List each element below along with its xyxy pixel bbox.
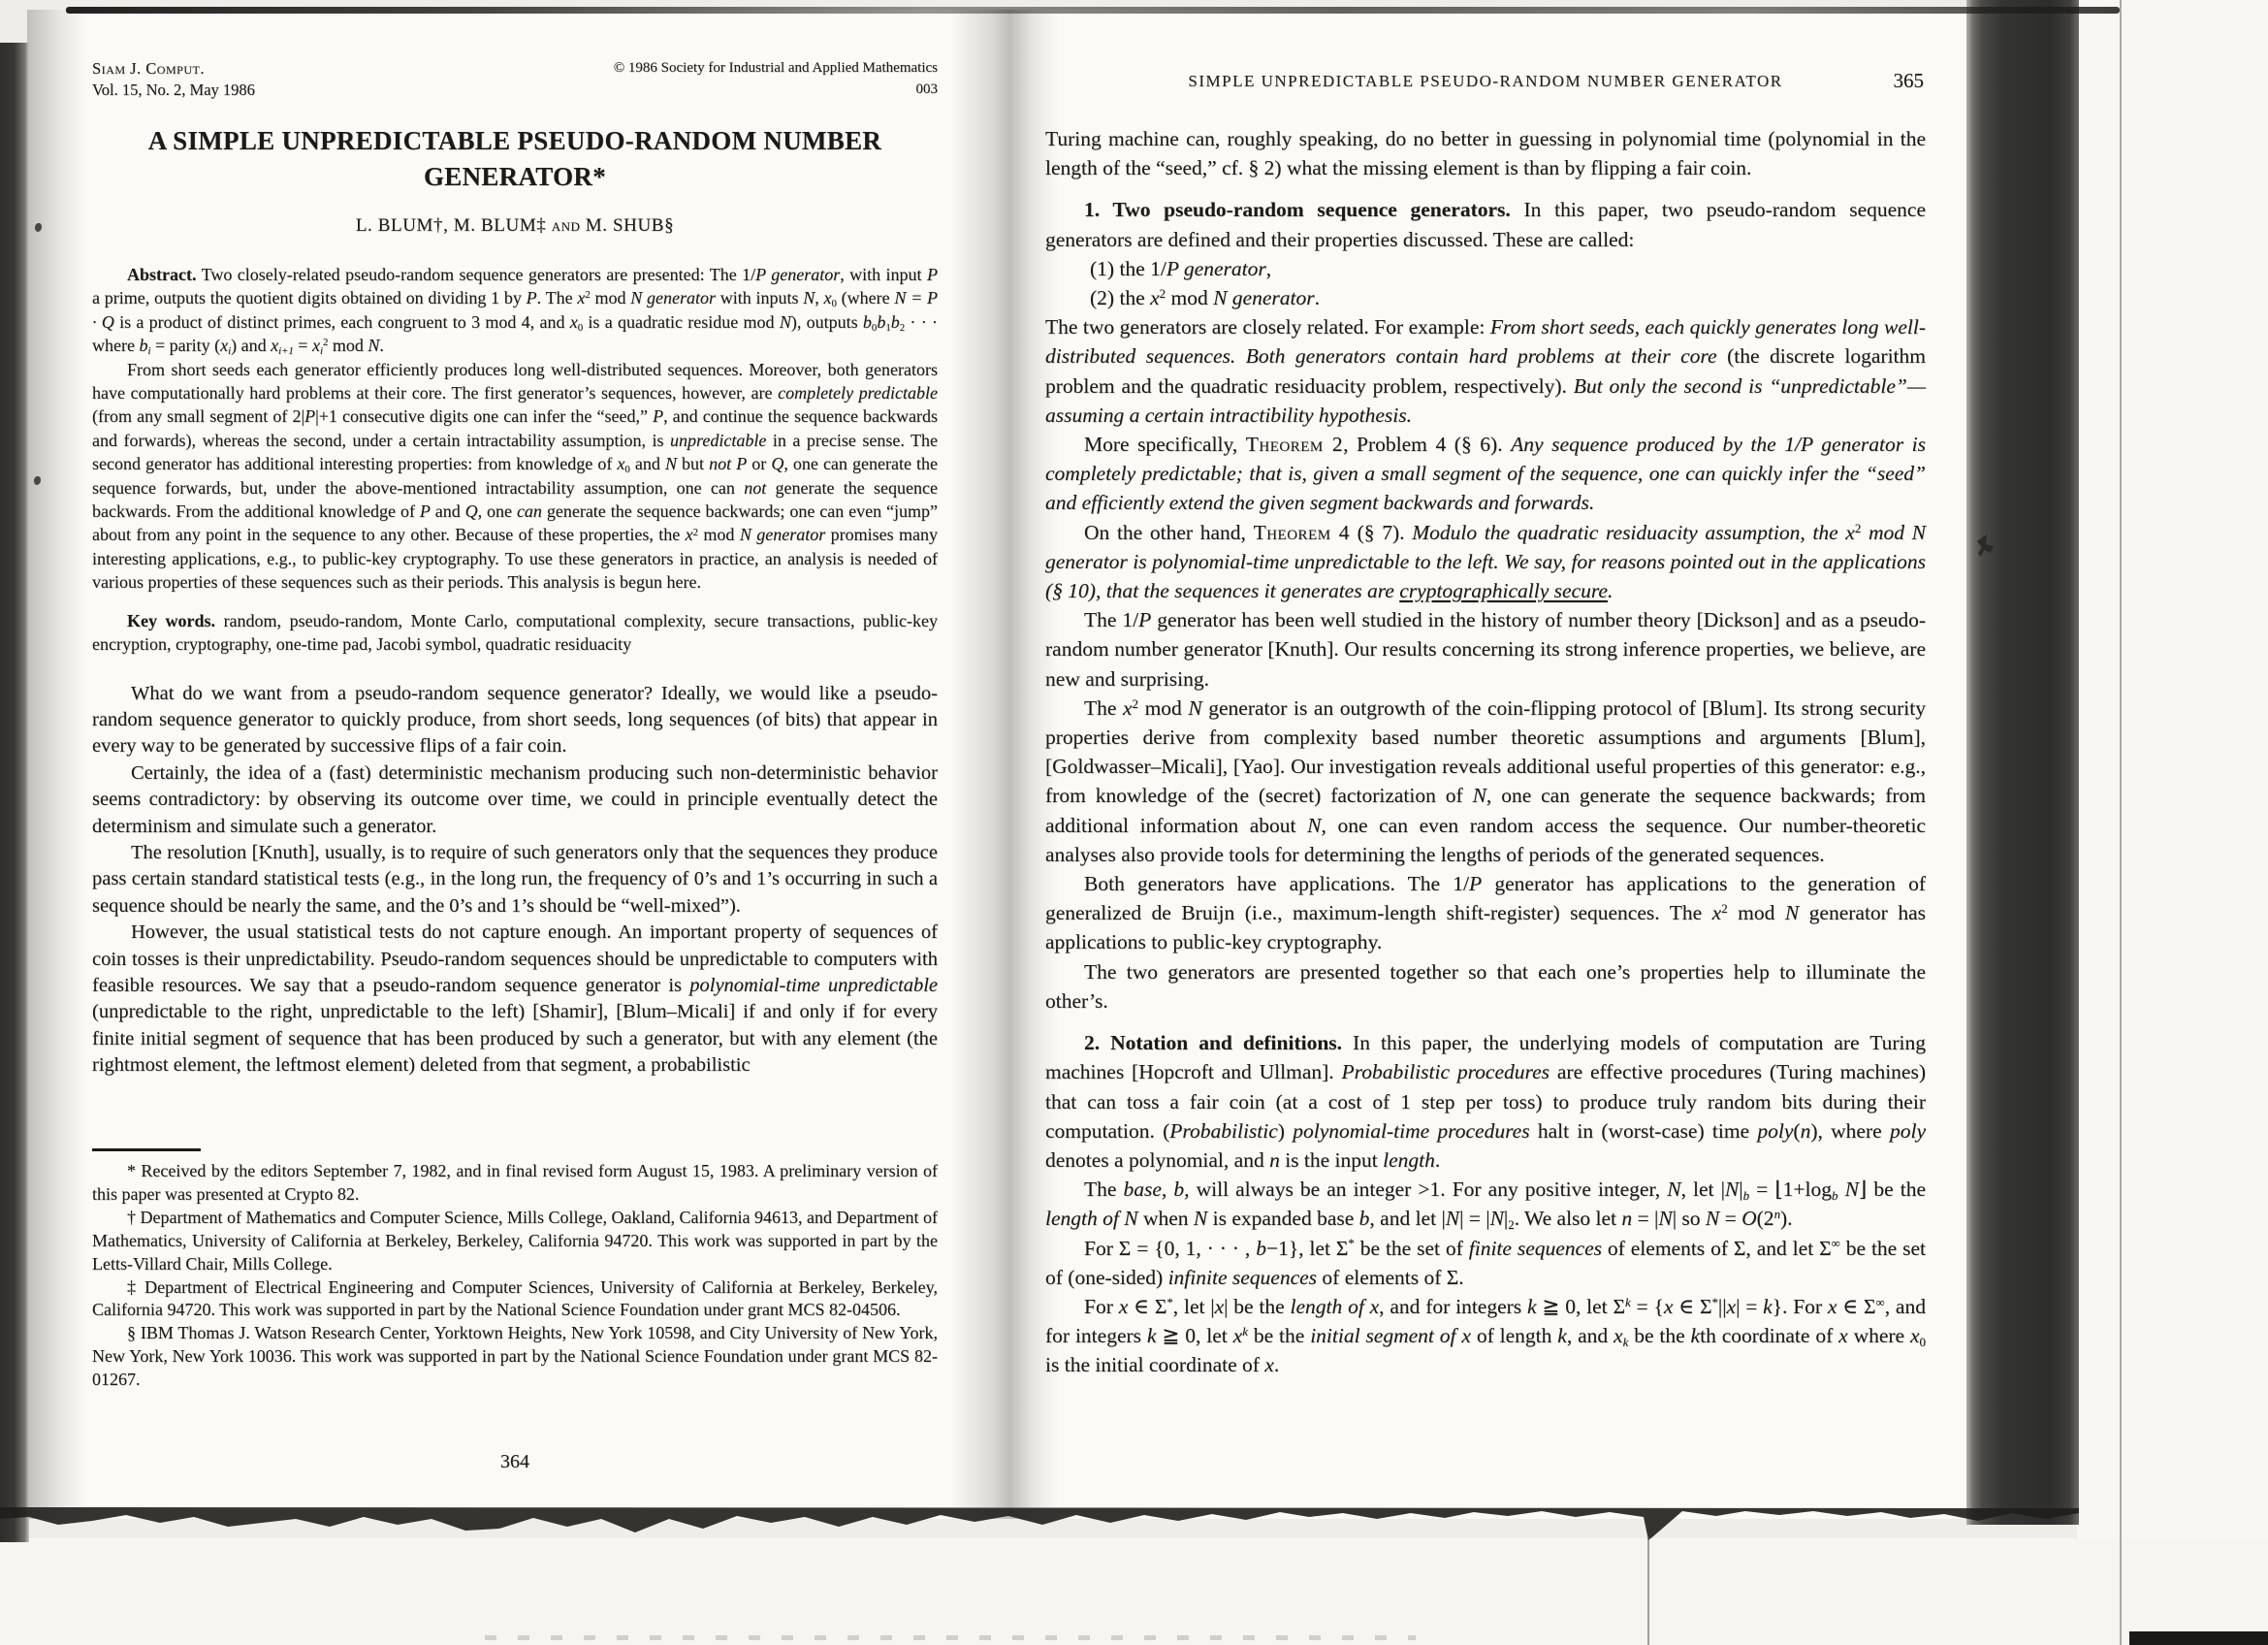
left-page-content: Siam J. Comput. Vol. 15, No. 2, May 1986…: [92, 58, 938, 1080]
footnote-affiliation-2: ‡ Department of Electrical Engineering a…: [92, 1276, 938, 1323]
body-paragraph-3: The resolution [Knuth], usually, is to r…: [92, 840, 938, 919]
section-1-paragraph-6: Both generators have applications. The 1…: [1045, 869, 1926, 957]
scanner-right-margin: [2077, 0, 2268, 1645]
scanner-bottom-margin: [0, 1538, 2268, 1645]
section-2-paragraph-1: The base, b, will always be an integer >…: [1045, 1175, 1926, 1233]
section-1-paragraph-1: The two generators are closely related. …: [1045, 312, 1926, 430]
footnote-rule: [92, 1148, 201, 1151]
scan-artifact-cursor: [1976, 534, 1996, 558]
section-2-heading-paragraph: 2. Notation and definitions. In this pap…: [1045, 1028, 1926, 1175]
abstract-paragraph-2: From short seeds each generator efficien…: [92, 358, 938, 595]
section-1-paragraph-7: The two generators are presented togethe…: [1045, 957, 1926, 1016]
footnote-affiliation-1: † Department of Mathematics and Computer…: [92, 1207, 938, 1276]
scanned-journal-spread: Siam J. Comput. Vol. 15, No. 2, May 1986…: [0, 0, 2268, 1645]
footnotes-block: * Received by the editors September 7, 1…: [92, 1148, 938, 1392]
copyright-line: © 1986 Society for Industrial and Applie…: [614, 58, 938, 80]
copyright-info: © 1986 Society for Industrial and Applie…: [614, 58, 938, 100]
right-page-number: 365: [1894, 69, 1925, 93]
paper-title: A SIMPLE UNPREDICTABLE PSEUDO-RANDOM NUM…: [92, 123, 938, 195]
right-page-content: SIMPLE UNPREDICTABLE PSEUDO-RANDOM NUMBE…: [1045, 72, 1926, 1380]
section-1-paragraph-2: More specifically, Theorem 2, Problem 4 …: [1045, 430, 1926, 518]
body-paragraph-4: However, the usual statistical tests do …: [92, 919, 938, 1079]
section-1-paragraph-3: On the other hand, Theorem 4 (§ 7). Modu…: [1045, 518, 1926, 606]
journal-volume: Vol. 15, No. 2, May 1986: [92, 80, 255, 101]
right-page-header: SIMPLE UNPREDICTABLE PSEUDO-RANDOM NUMBE…: [1045, 72, 1926, 97]
paper-title-line-2: GENERATOR*: [92, 159, 938, 195]
list-item-1: (1) the 1/P generator,: [1090, 254, 1926, 283]
body-paragraph-1: What do we want from a pseudo-random seq…: [92, 681, 938, 760]
book-gutter-shadow: [950, 10, 1059, 1519]
article-number: 003: [614, 80, 938, 101]
section-1-paragraph-4: The 1/P generator has been well studied …: [1045, 605, 1926, 693]
paper-crease-line: [1647, 1536, 1649, 1645]
continuation-paragraph: Turing machine can, roughly speaking, do…: [1045, 124, 1926, 182]
left-page-number: 364: [92, 1451, 938, 1473]
running-head: SIMPLE UNPREDICTABLE PSEUDO-RANDOM NUMBE…: [1045, 72, 1926, 91]
abstract-paragraph-1: Abstract. Two closely-related pseudo-ran…: [92, 263, 938, 358]
section-2-paragraph-3: For x ∈ Σ*, let |x| be the length of x, …: [1045, 1292, 1926, 1380]
footnote-received: * Received by the editors September 7, 1…: [92, 1160, 938, 1207]
page-top-edge-line: [66, 7, 2120, 14]
section-1-heading-paragraph: 1. Two pseudo-random sequence generators…: [1045, 195, 1926, 253]
journal-name: Siam J. Comput.: [92, 58, 255, 80]
journal-info: Siam J. Comput. Vol. 15, No. 2, May 1986: [92, 58, 255, 100]
paper-title-line-1: A SIMPLE UNPREDICTABLE PSEUDO-RANDOM NUM…: [92, 123, 938, 159]
scanner-edge-line: [2120, 0, 2122, 1645]
page-bottom-torn-edge: [0, 1507, 2079, 1548]
book-left-edge-band: [0, 43, 29, 1542]
list-item-2: (2) the x2 mod N generator.: [1090, 283, 1926, 312]
book-right-edge-band: [1966, 0, 2079, 1525]
scan-bottom-right-mark: [2129, 1631, 2268, 1645]
authors-line: L. BLUM†, M. BLUM‡ and M. SHUB§: [92, 215, 938, 237]
keywords-paragraph: Key words. random, pseudo-random, Monte …: [92, 609, 938, 657]
section-2-paragraph-2: For Σ = {0, 1, · · · , b−1}, let Σ* be t…: [1045, 1234, 1926, 1292]
body-paragraph-2: Certainly, the idea of a (fast) determin…: [92, 760, 938, 840]
left-page-header: Siam J. Comput. Vol. 15, No. 2, May 1986…: [92, 58, 938, 100]
section-1-paragraph-5: The x2 mod N generator is an outgrowth o…: [1045, 693, 1926, 869]
book-spread-pages: Siam J. Comput. Vol. 15, No. 2, May 1986…: [27, 10, 1970, 1519]
footnote-affiliation-3: § IBM Thomas J. Watson Research Center, …: [92, 1322, 938, 1392]
left-page-edge-shadow: [27, 10, 87, 1519]
scan-bottom-smudge: [485, 1635, 1416, 1640]
